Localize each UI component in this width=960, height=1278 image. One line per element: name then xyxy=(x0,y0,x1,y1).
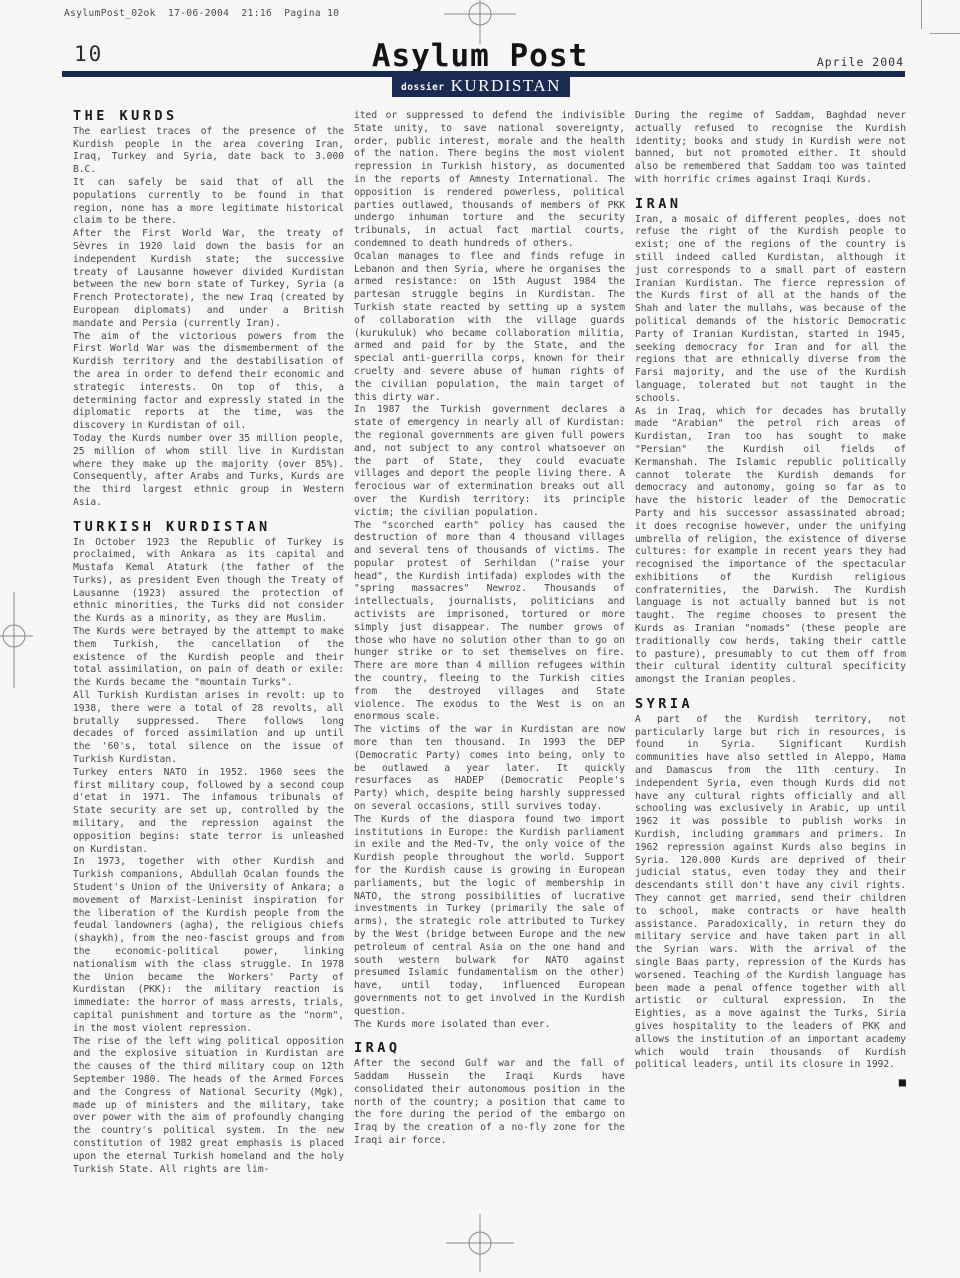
paragraph: The earliest traces of the presence of t… xyxy=(73,126,344,177)
paragraph: In 1973, together with other Kurdish and… xyxy=(73,856,344,1035)
article-column-2: ited or suppressed to defend the indivis… xyxy=(354,110,625,1176)
paragraph: During the regime of Saddam, Baghdad nev… xyxy=(635,110,906,187)
registration-mark-bottom-icon xyxy=(446,1212,514,1274)
article-column-3: During the regime of Saddam, Baghdad nev… xyxy=(635,110,906,1176)
paragraph: After the second Gulf war and the fall o… xyxy=(354,1058,625,1148)
paragraph: As in Iraq, which for decades has brutal… xyxy=(635,406,906,688)
paragraph: A part of the Kurdish territory, not par… xyxy=(635,714,906,1072)
paragraph: In 1987 the Turkish government declares … xyxy=(354,404,625,519)
section-heading-syria: SYRIA xyxy=(635,698,906,711)
paragraph: The Kurds of the diaspora found two impo… xyxy=(354,814,625,1019)
paragraph: The aim of the victorious powers from th… xyxy=(73,331,344,433)
paragraph: Today the Kurds number over 35 million p… xyxy=(73,433,344,510)
paragraph: All Turkish Kurdistan arises in revolt: … xyxy=(73,690,344,767)
issue-date: Aprile 2004 xyxy=(817,55,904,69)
dossier-label: dossier xyxy=(401,78,445,93)
paragraph: The "scorched earth" policy has caused t… xyxy=(354,520,625,725)
crop-mark-top-right-horizontal xyxy=(930,33,960,34)
paragraph: Ocalan manages to flee and finds refuge … xyxy=(354,251,625,405)
paragraph: The Kurds were betrayed by the attempt t… xyxy=(73,626,344,690)
paragraph: Turkey enters NATO in 1952. 1960 sees th… xyxy=(73,767,344,857)
paragraph: The Kurds more isolated than ever. xyxy=(354,1019,625,1032)
paragraph: It can safely be said that of all the po… xyxy=(73,177,344,228)
registration-mark-left-icon xyxy=(0,592,36,688)
paragraph: After the First World War, the treaty of… xyxy=(73,228,344,330)
end-of-article-marker: ■ xyxy=(635,1076,906,1089)
paragraph: Iran, a mosaic of different peoples, doe… xyxy=(635,214,906,406)
paragraph: In October 1923 the Republic of Turkey i… xyxy=(73,537,344,627)
paragraph: The victims of the war in Kurdistan are … xyxy=(354,724,625,814)
section-heading-iraq: IRAQ xyxy=(354,1042,625,1055)
article-column-1: THE KURDS The earliest traces of the pre… xyxy=(73,110,344,1176)
article-columns: THE KURDS The earliest traces of the pre… xyxy=(73,110,907,1176)
section-heading-iran: IRAN xyxy=(635,198,906,211)
paragraph: The rise of the left wing political oppo… xyxy=(73,1036,344,1177)
paragraph: ited or suppressed to defend the indivis… xyxy=(354,110,625,251)
dossier-title: KURDISTAN xyxy=(451,76,561,96)
crop-mark-top-right-vertical xyxy=(921,0,922,29)
section-heading-turkish-kurdistan: TURKISH KURDISTAN xyxy=(73,521,344,534)
print-slug-line: AsylumPost_02ok 17-06-2004 21:16 Pagina … xyxy=(64,8,339,19)
dossier-banner: dossier KURDISTAN xyxy=(392,74,570,97)
section-heading-the-kurds: THE KURDS xyxy=(73,110,344,123)
